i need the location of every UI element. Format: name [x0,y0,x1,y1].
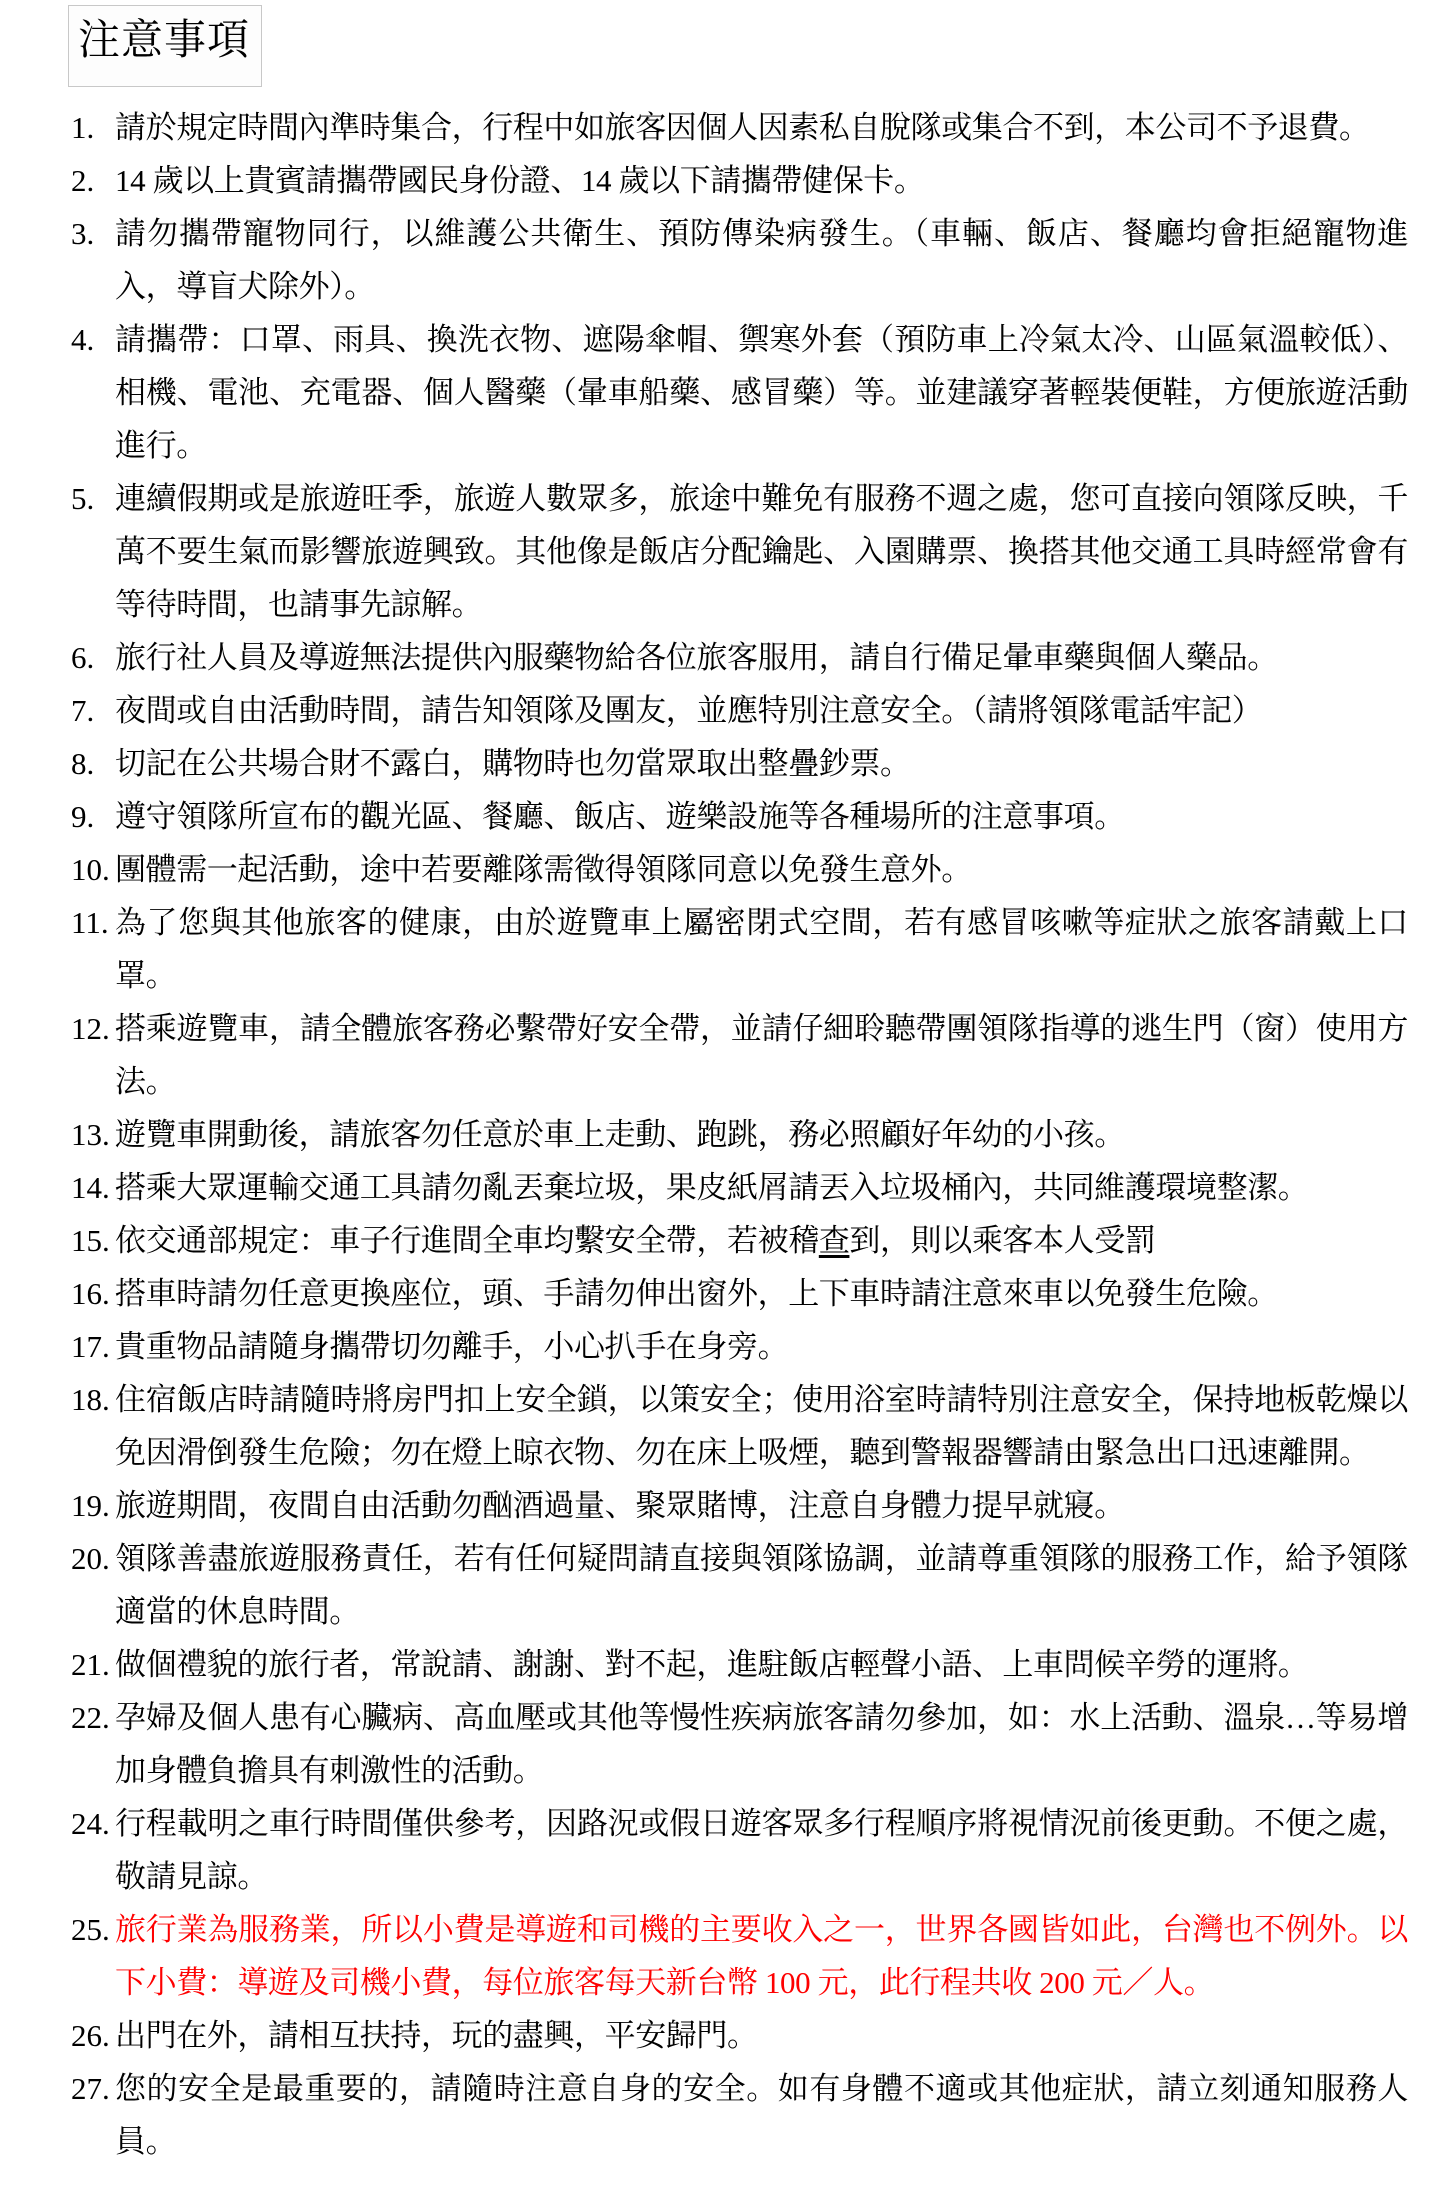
notice-item: 19.旅遊期間，夜間自由活動勿酗酒過量、聚眾賭博，注意自身體力提早就寢。 [0,1479,1440,1532]
notice-text: 14 歲以上貴賓請攜帶國民身份證、14 歲以下請攜帶健保卡。 [115,163,925,198]
notice-text: 遊覽車開動後，請旅客勿任意於車上走動、跑跳，務必照顧好年幼的小孩。 [115,1117,1125,1152]
notice-number: 3. [71,207,94,260]
notice-number: 10. [71,843,110,896]
notice-text: 旅遊期間，夜間自由活動勿酗酒過量、聚眾賭博，注意自身體力提早就寢。 [115,1488,1125,1523]
notice-number: 20. [71,1532,110,1585]
notice-text: 您的安全是最重要的，請隨時注意自身的安全。如有身體不適或其他症狀，請立刻通知服務… [115,2071,1408,2159]
notice-number: 16. [71,1267,110,1320]
notice-number: 22. [71,1691,110,1744]
notice-item: 22.孕婦及個人患有心臟病、高血壓或其他等慢性疾病旅客請勿參加，如：水上活動、溫… [0,1691,1440,1797]
notice-text: 為了您與其他旅客的健康，由於遊覽車上屬密閉式空間，若有感冒咳嗽等症狀之旅客請戴上… [115,905,1408,993]
notice-number: 18. [71,1373,110,1426]
notice-number: 25. [71,1903,110,1956]
notice-number: 27. [71,2062,110,2115]
notice-text: 貴重物品請隨身攜帶切勿離手，小心扒手在身旁。 [115,1329,788,1364]
notice-item: 25.旅行業為服務業，所以小費是導遊和司機的主要收入之一，世界各國皆如此，台灣也… [0,1903,1440,2009]
notice-item: 26.出門在外，請相互扶持，玩的盡興，平安歸門。 [0,2009,1440,2062]
notice-number: 13. [71,1108,110,1161]
notice-document: 注意事項 1.請於規定時間內準時集合，行程中如旅客因個人因素私自脫隊或集合不到，… [0,0,1440,2208]
notice-item: 12.搭乘遊覽車，請全體旅客務必繫帶好安全帶，並請仔細聆聽帶團領隊指導的逃生門（… [0,1002,1440,1108]
notice-number: 17. [71,1320,110,1373]
notice-text: 依交通部規定：車子行進間全車均繫安全帶，若被稽查到，則以乘客本人受罰 [115,1223,1155,1258]
notice-number: 7. [71,684,94,737]
notice-list: 1.請於規定時間內準時集合，行程中如旅客因個人因素私自脫隊或集合不到，本公司不予… [0,101,1440,2168]
page-title: 注意事項 [78,18,250,64]
notice-text: 住宿飯店時請隨時將房門扣上安全鎖，以策安全；使用浴室時請特別注意安全，保持地板乾… [115,1382,1408,1470]
notice-text: 行程載明之車行時間僅供參考，因路況或假日遊客眾多行程順序將視情況前後更動。不便之… [115,1806,1408,1894]
notice-item: 14.搭乘大眾運輸交通工具請勿亂丟棄垃圾，果皮紙屑請丟入垃圾桶內，共同維護環境整… [0,1161,1440,1214]
notice-text: 連續假期或是旅遊旺季，旅遊人數眾多，旅途中難免有服務不週之處，您可直接向領隊反映… [115,481,1408,622]
notice-item: 15.依交通部規定：車子行進間全車均繫安全帶，若被稽查到，則以乘客本人受罰 [0,1214,1440,1267]
notice-text: 搭車時請勿任意更換座位，頭、手請勿伸出窗外，上下車時請注意來車以免發生危險。 [115,1276,1278,1311]
notice-text: 旅行社人員及導遊無法提供內服藥物給各位旅客服用，請自行備足暈車藥與個人藥品。 [115,640,1278,675]
notice-item: 2.14 歲以上貴賓請攜帶國民身份證、14 歲以下請攜帶健保卡。 [0,154,1440,207]
notice-text: 夜間或自由活動時間，請告知領隊及團友，並應特別注意安全。（請將領隊電話牢記） [115,693,1262,728]
notice-item: 27.您的安全是最重要的，請隨時注意自身的安全。如有身體不適或其他症狀，請立刻通… [0,2062,1440,2168]
notice-text: 做個禮貌的旅行者，常說請、謝謝、對不起，進駐飯店輕聲小語、上車問候辛勞的運將。 [115,1647,1308,1682]
notice-number: 1. [71,101,94,154]
notice-item: 6.旅行社人員及導遊無法提供內服藥物給各位旅客服用，請自行備足暈車藥與個人藥品。 [0,631,1440,684]
page-title-box: 注意事項 [68,5,262,87]
notice-text: 請於規定時間內準時集合，行程中如旅客因個人因素私自脫隊或集合不到，本公司不予退費… [115,110,1370,145]
notice-item: 3.請勿攜帶寵物同行，以維護公共衛生、預防傳染病發生。（車輛、飯店、餐廳均會拒絕… [0,207,1440,313]
notice-number: 4. [71,313,94,366]
notice-item: 10.團體需一起活動，途中若要離隊需徵得領隊同意以免發生意外。 [0,843,1440,896]
notice-item: 18.住宿飯店時請隨時將房門扣上安全鎖，以策安全；使用浴室時請特別注意安全，保持… [0,1373,1440,1479]
notice-item: 4.請攜帶：口罩、雨具、換洗衣物、遮陽傘帽、禦寒外套（預防車上冷氣太冷、山區氣溫… [0,313,1440,472]
notice-item: 20.領隊善盡旅遊服務責任，若有任何疑問請直接與領隊協調，並請尊重領隊的服務工作… [0,1532,1440,1638]
notice-text: 領隊善盡旅遊服務責任，若有任何疑問請直接與領隊協調，並請尊重領隊的服務工作，給予… [115,1541,1408,1629]
notice-item: 24.行程載明之車行時間僅供參考，因路況或假日遊客眾多行程順序將視情況前後更動。… [0,1797,1440,1903]
notice-text: 團體需一起活動，途中若要離隊需徵得領隊同意以免發生意外。 [115,852,972,887]
notice-text: 孕婦及個人患有心臟病、高血壓或其他等慢性疾病旅客請勿參加，如：水上活動、溫泉…等… [115,1700,1408,1788]
notice-item: 13.遊覽車開動後，請旅客勿任意於車上走動、跑跳，務必照顧好年幼的小孩。 [0,1108,1440,1161]
notice-number: 12. [71,1002,110,1055]
notice-item: 9.遵守領隊所宣布的觀光區、餐廳、飯店、遊樂設施等各種場所的注意事項。 [0,790,1440,843]
notice-item: 7.夜間或自由活動時間，請告知領隊及團友，並應特別注意安全。（請將領隊電話牢記） [0,684,1440,737]
notice-number: 9. [71,790,94,843]
notice-number: 8. [71,737,94,790]
notice-number: 11. [71,896,109,949]
notice-text: 切記在公共場合財不露白，購物時也勿當眾取出整疊鈔票。 [115,746,911,781]
notice-text: 旅行業為服務業，所以小費是導遊和司機的主要收入之一，世界各國皆如此，台灣也不例外… [115,1912,1408,2000]
notice-text: 出門在外，請相互扶持，玩的盡興，平安歸門。 [115,2018,758,2053]
notice-item: 1.請於規定時間內準時集合，行程中如旅客因個人因素私自脫隊或集合不到，本公司不予… [0,101,1440,154]
notice-number: 14. [71,1161,110,1214]
notice-text: 遵守領隊所宣布的觀光區、餐廳、飯店、遊樂設施等各種場所的注意事項。 [115,799,1125,834]
notice-text: 請攜帶：口罩、雨具、換洗衣物、遮陽傘帽、禦寒外套（預防車上冷氣太冷、山區氣溫較低… [115,322,1408,463]
notice-item: 21.做個禮貌的旅行者，常說請、謝謝、對不起，進駐飯店輕聲小語、上車問候辛勞的運… [0,1638,1440,1691]
notice-number: 5. [71,472,94,525]
notice-number: 19. [71,1479,110,1532]
notice-text: 搭乘大眾運輸交通工具請勿亂丟棄垃圾，果皮紙屑請丟入垃圾桶內，共同維護環境整潔。 [115,1170,1308,1205]
notice-number: 2. [71,154,94,207]
notice-text: 搭乘遊覽車，請全體旅客務必繫帶好安全帶，並請仔細聆聽帶團領隊指導的逃生門（窗）使… [115,1011,1408,1099]
notice-item: 8.切記在公共場合財不露白，購物時也勿當眾取出整疊鈔票。 [0,737,1440,790]
notice-item: 5.連續假期或是旅遊旺季，旅遊人數眾多，旅途中難免有服務不週之處，您可直接向領隊… [0,472,1440,631]
notice-number: 15. [71,1214,110,1267]
notice-number: 26. [71,2009,110,2062]
notice-number: 6. [71,631,94,684]
notice-number: 24. [71,1797,110,1850]
notice-text: 請勿攜帶寵物同行，以維護公共衛生、預防傳染病發生。（車輛、飯店、餐廳均會拒絕寵物… [115,216,1408,304]
notice-number: 21. [71,1638,110,1691]
notice-item: 11.為了您與其他旅客的健康，由於遊覽車上屬密閉式空間，若有感冒咳嗽等症狀之旅客… [0,896,1440,1002]
notice-item: 17.貴重物品請隨身攜帶切勿離手，小心扒手在身旁。 [0,1320,1440,1373]
notice-item: 16.搭車時請勿任意更換座位，頭、手請勿伸出窗外，上下車時請注意來車以免發生危險… [0,1267,1440,1320]
